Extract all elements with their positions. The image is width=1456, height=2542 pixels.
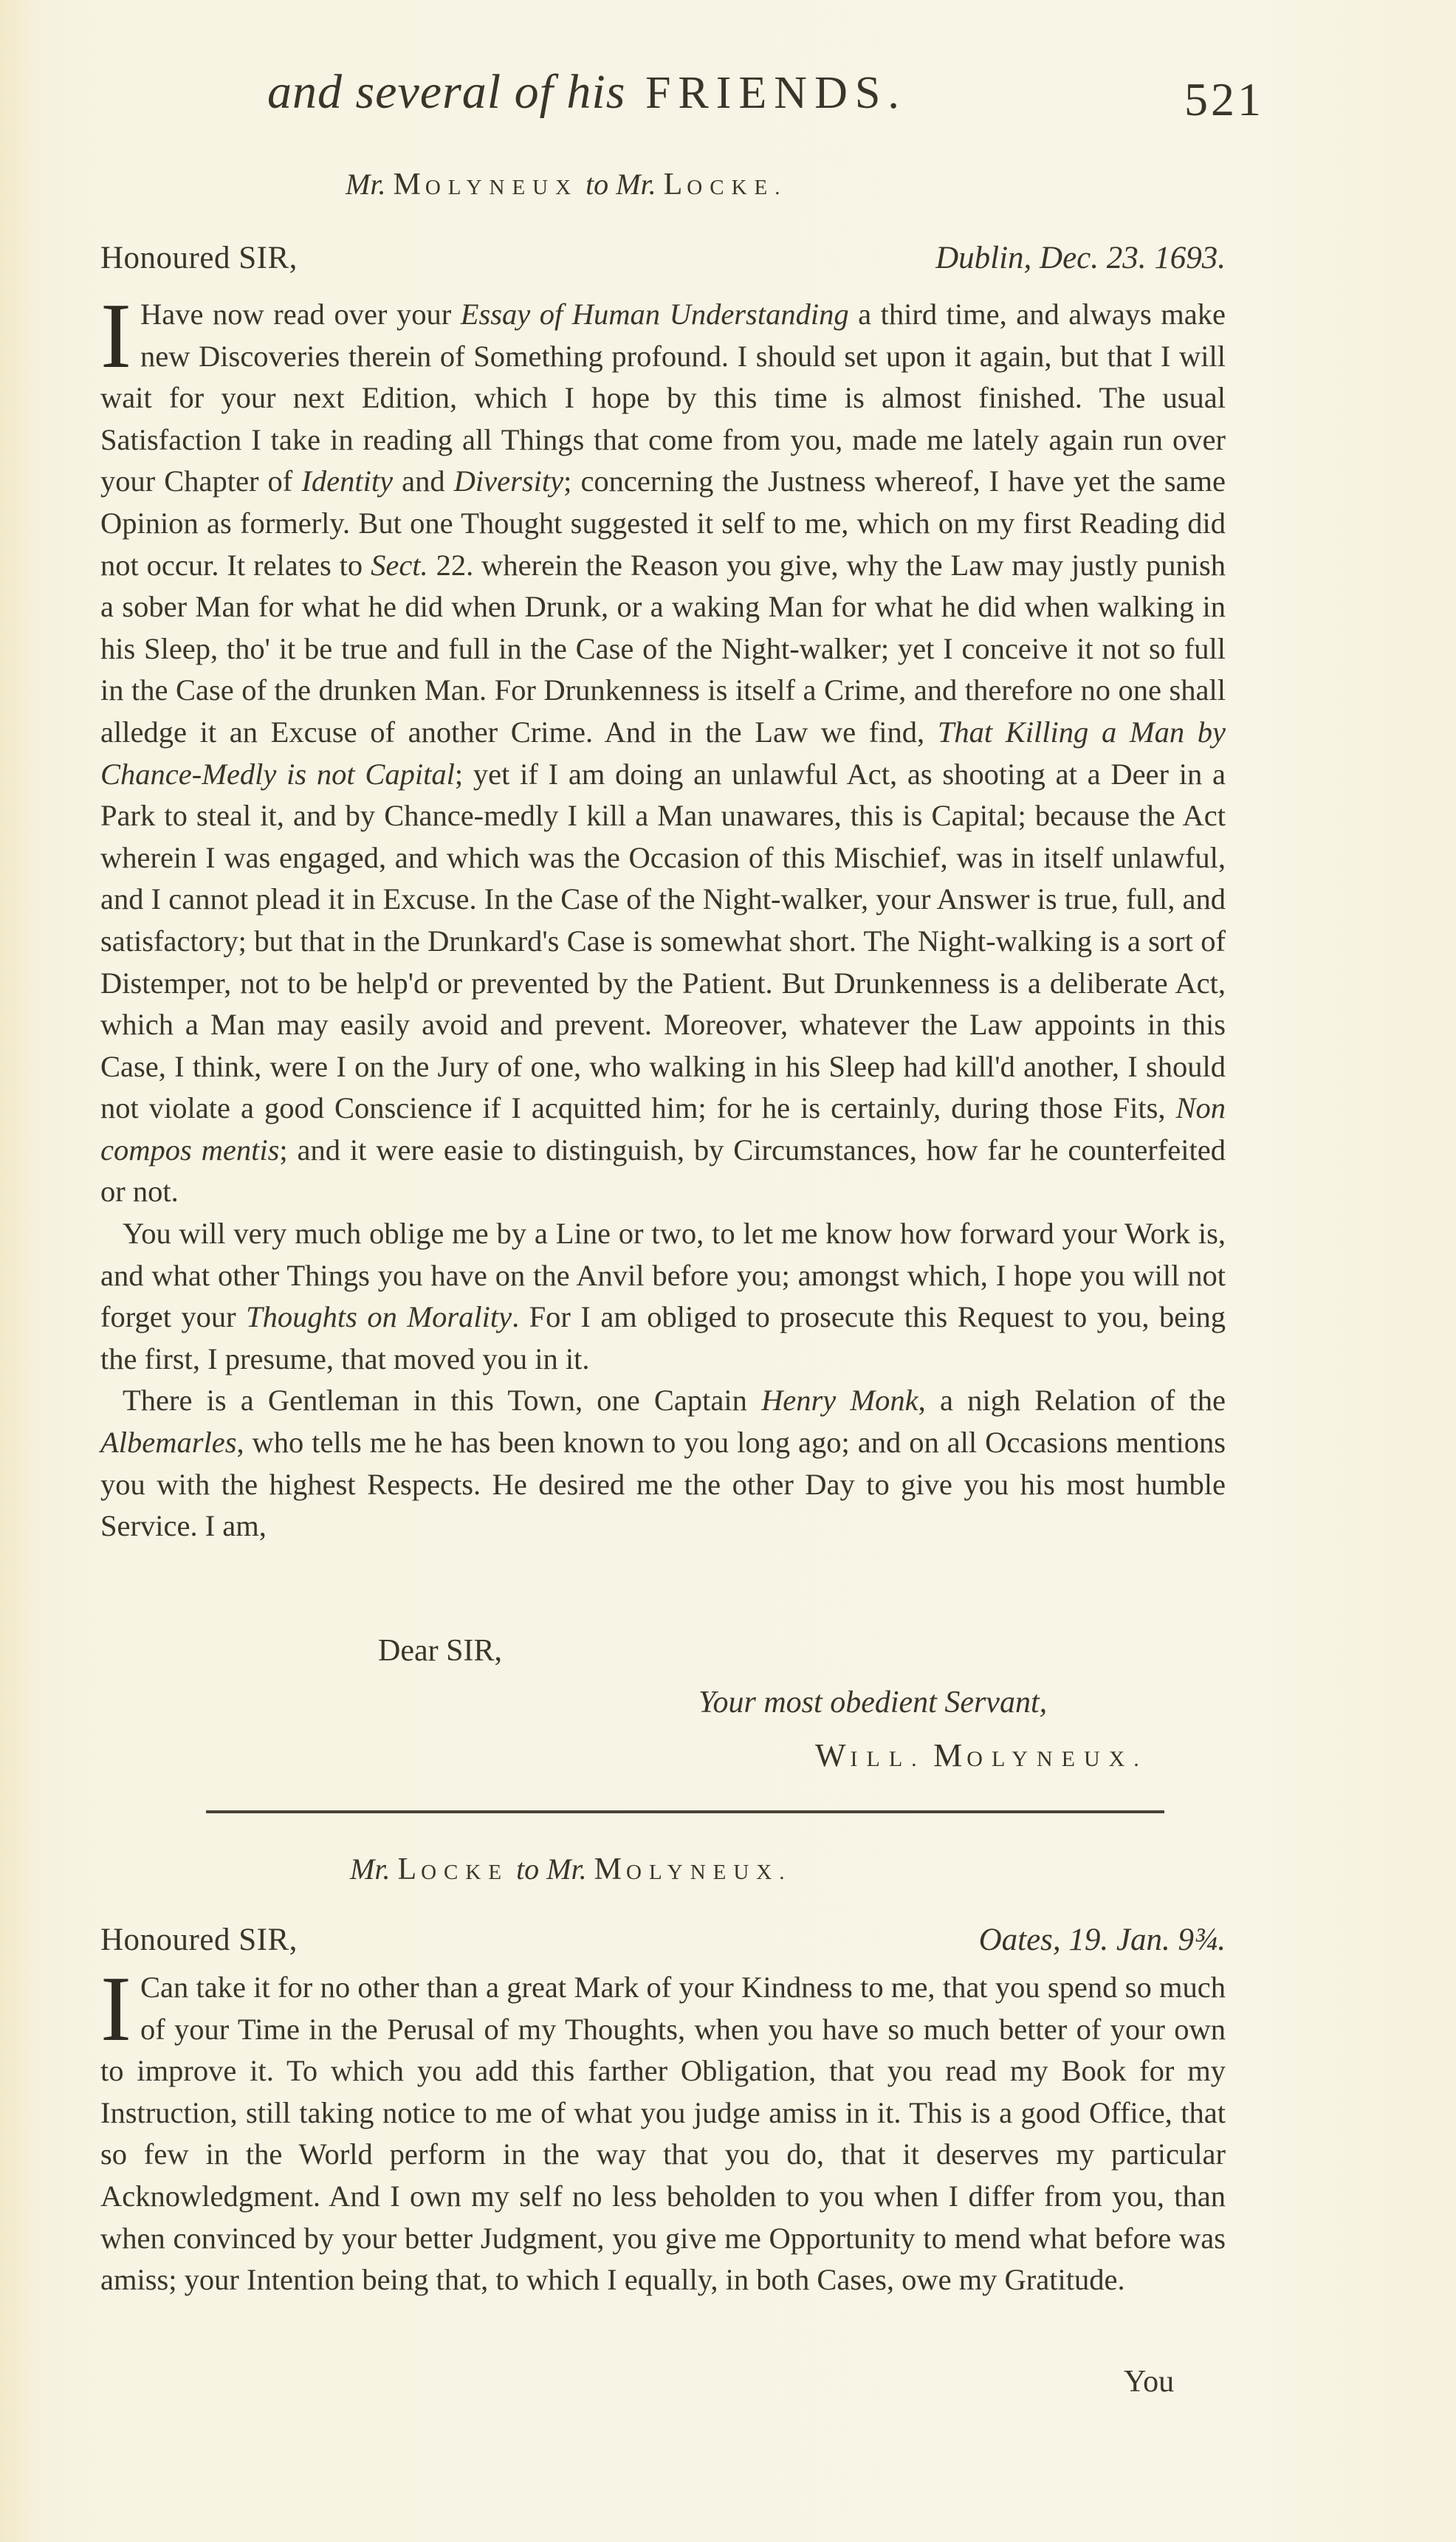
closing-servant: Your most obedient Servant, (698, 1682, 1047, 1723)
text-run: Can take it for no other than a great Ma… (100, 1971, 1226, 2296)
term-identity: Identity (301, 464, 393, 498)
closing-dear: Dear SIR, (378, 1630, 502, 1672)
letter1-body: I Have now read over your Essay of Human… (100, 294, 1226, 1547)
heading-connector: to (516, 1852, 539, 1886)
text-run: and (393, 464, 454, 498)
title-essay: Essay of Human Understanding (461, 298, 849, 331)
heading-from-prefix: Mr. (346, 168, 385, 201)
text-run: ; yet if I am doing an unlawful Act, as … (100, 758, 1226, 1125)
sig-last-rest: OLYNEUX. (966, 1747, 1147, 1771)
letter1-heading: Mr. MOLYNEUX to Mr. LOCKE. (346, 164, 788, 208)
section-ref: Sect. (371, 549, 428, 582)
dropcap: I (100, 1971, 131, 2048)
sig-first-rest: ILL. (851, 1747, 926, 1771)
dropcap: I (100, 298, 131, 375)
servant-line: Your most obedient Servant, (698, 1686, 1047, 1720)
letter2-body: I Can take it for no other than a great … (100, 1967, 1226, 2301)
heading-from-cap: L (397, 1852, 421, 1886)
salutation: Honoured SIR, (100, 238, 298, 279)
sig-first-cap: W (815, 1737, 851, 1773)
text-run: , who tells me he has been known to you … (100, 1426, 1226, 1542)
paragraph: You will very much oblige me by a Line o… (100, 1213, 1226, 1380)
paragraph: I Can take it for no other than a great … (100, 1967, 1226, 2301)
text-run: Have now read over your (140, 298, 461, 331)
section-rule (206, 1810, 1164, 1813)
dateline: Oates, 19. Jan. 9¾. (979, 1920, 1226, 1961)
salutation: Honoured SIR, (100, 1920, 298, 1961)
heading-from-name: OCKE (421, 1861, 509, 1884)
heading-from-name: OLYNEUX (425, 176, 578, 199)
heading-to-prefix: Mr. (546, 1852, 586, 1886)
paragraph: I Have now read over your Essay of Human… (100, 294, 1226, 1213)
catchword: You (1124, 2361, 1174, 2402)
page-number: 521 (1184, 66, 1264, 133)
heading-from-cap: M (393, 168, 425, 202)
heading-from-prefix: Mr. (350, 1852, 390, 1886)
running-head-italic: and several of his (267, 65, 625, 119)
heading-connector: to (586, 168, 608, 201)
text-run: There is a Gentleman in this Town, one C… (123, 1384, 761, 1417)
heading-to-cap: L (664, 168, 687, 202)
letter2-heading: Mr. LOCKE to Mr. MOLYNEUX. (350, 1849, 792, 1893)
heading-to-prefix: Mr. (616, 168, 656, 201)
running-head-smallcaps: FRIENDS. (645, 68, 907, 118)
signature: WILL. MOLYNEUX. (815, 1735, 1148, 1780)
term-diversity: Diversity (454, 464, 563, 498)
heading-to-cap: M (594, 1852, 626, 1886)
heading-to-name: OCKE. (687, 176, 787, 199)
running-head: and several of his FRIENDS. (267, 59, 907, 126)
text-run: , a nigh Relation of the (918, 1384, 1226, 1417)
person-name: Henry Monk (761, 1384, 918, 1417)
paragraph: There is a Gentleman in this Town, one C… (100, 1380, 1226, 1547)
title-thoughts: Thoughts on Morality (246, 1300, 512, 1333)
heading-to-name: OLYNEUX. (626, 1861, 792, 1884)
dateline: Dublin, Dec. 23. 1693. (935, 238, 1226, 279)
sig-last-cap: M (933, 1737, 966, 1773)
family-name: Albemarles (100, 1426, 236, 1459)
